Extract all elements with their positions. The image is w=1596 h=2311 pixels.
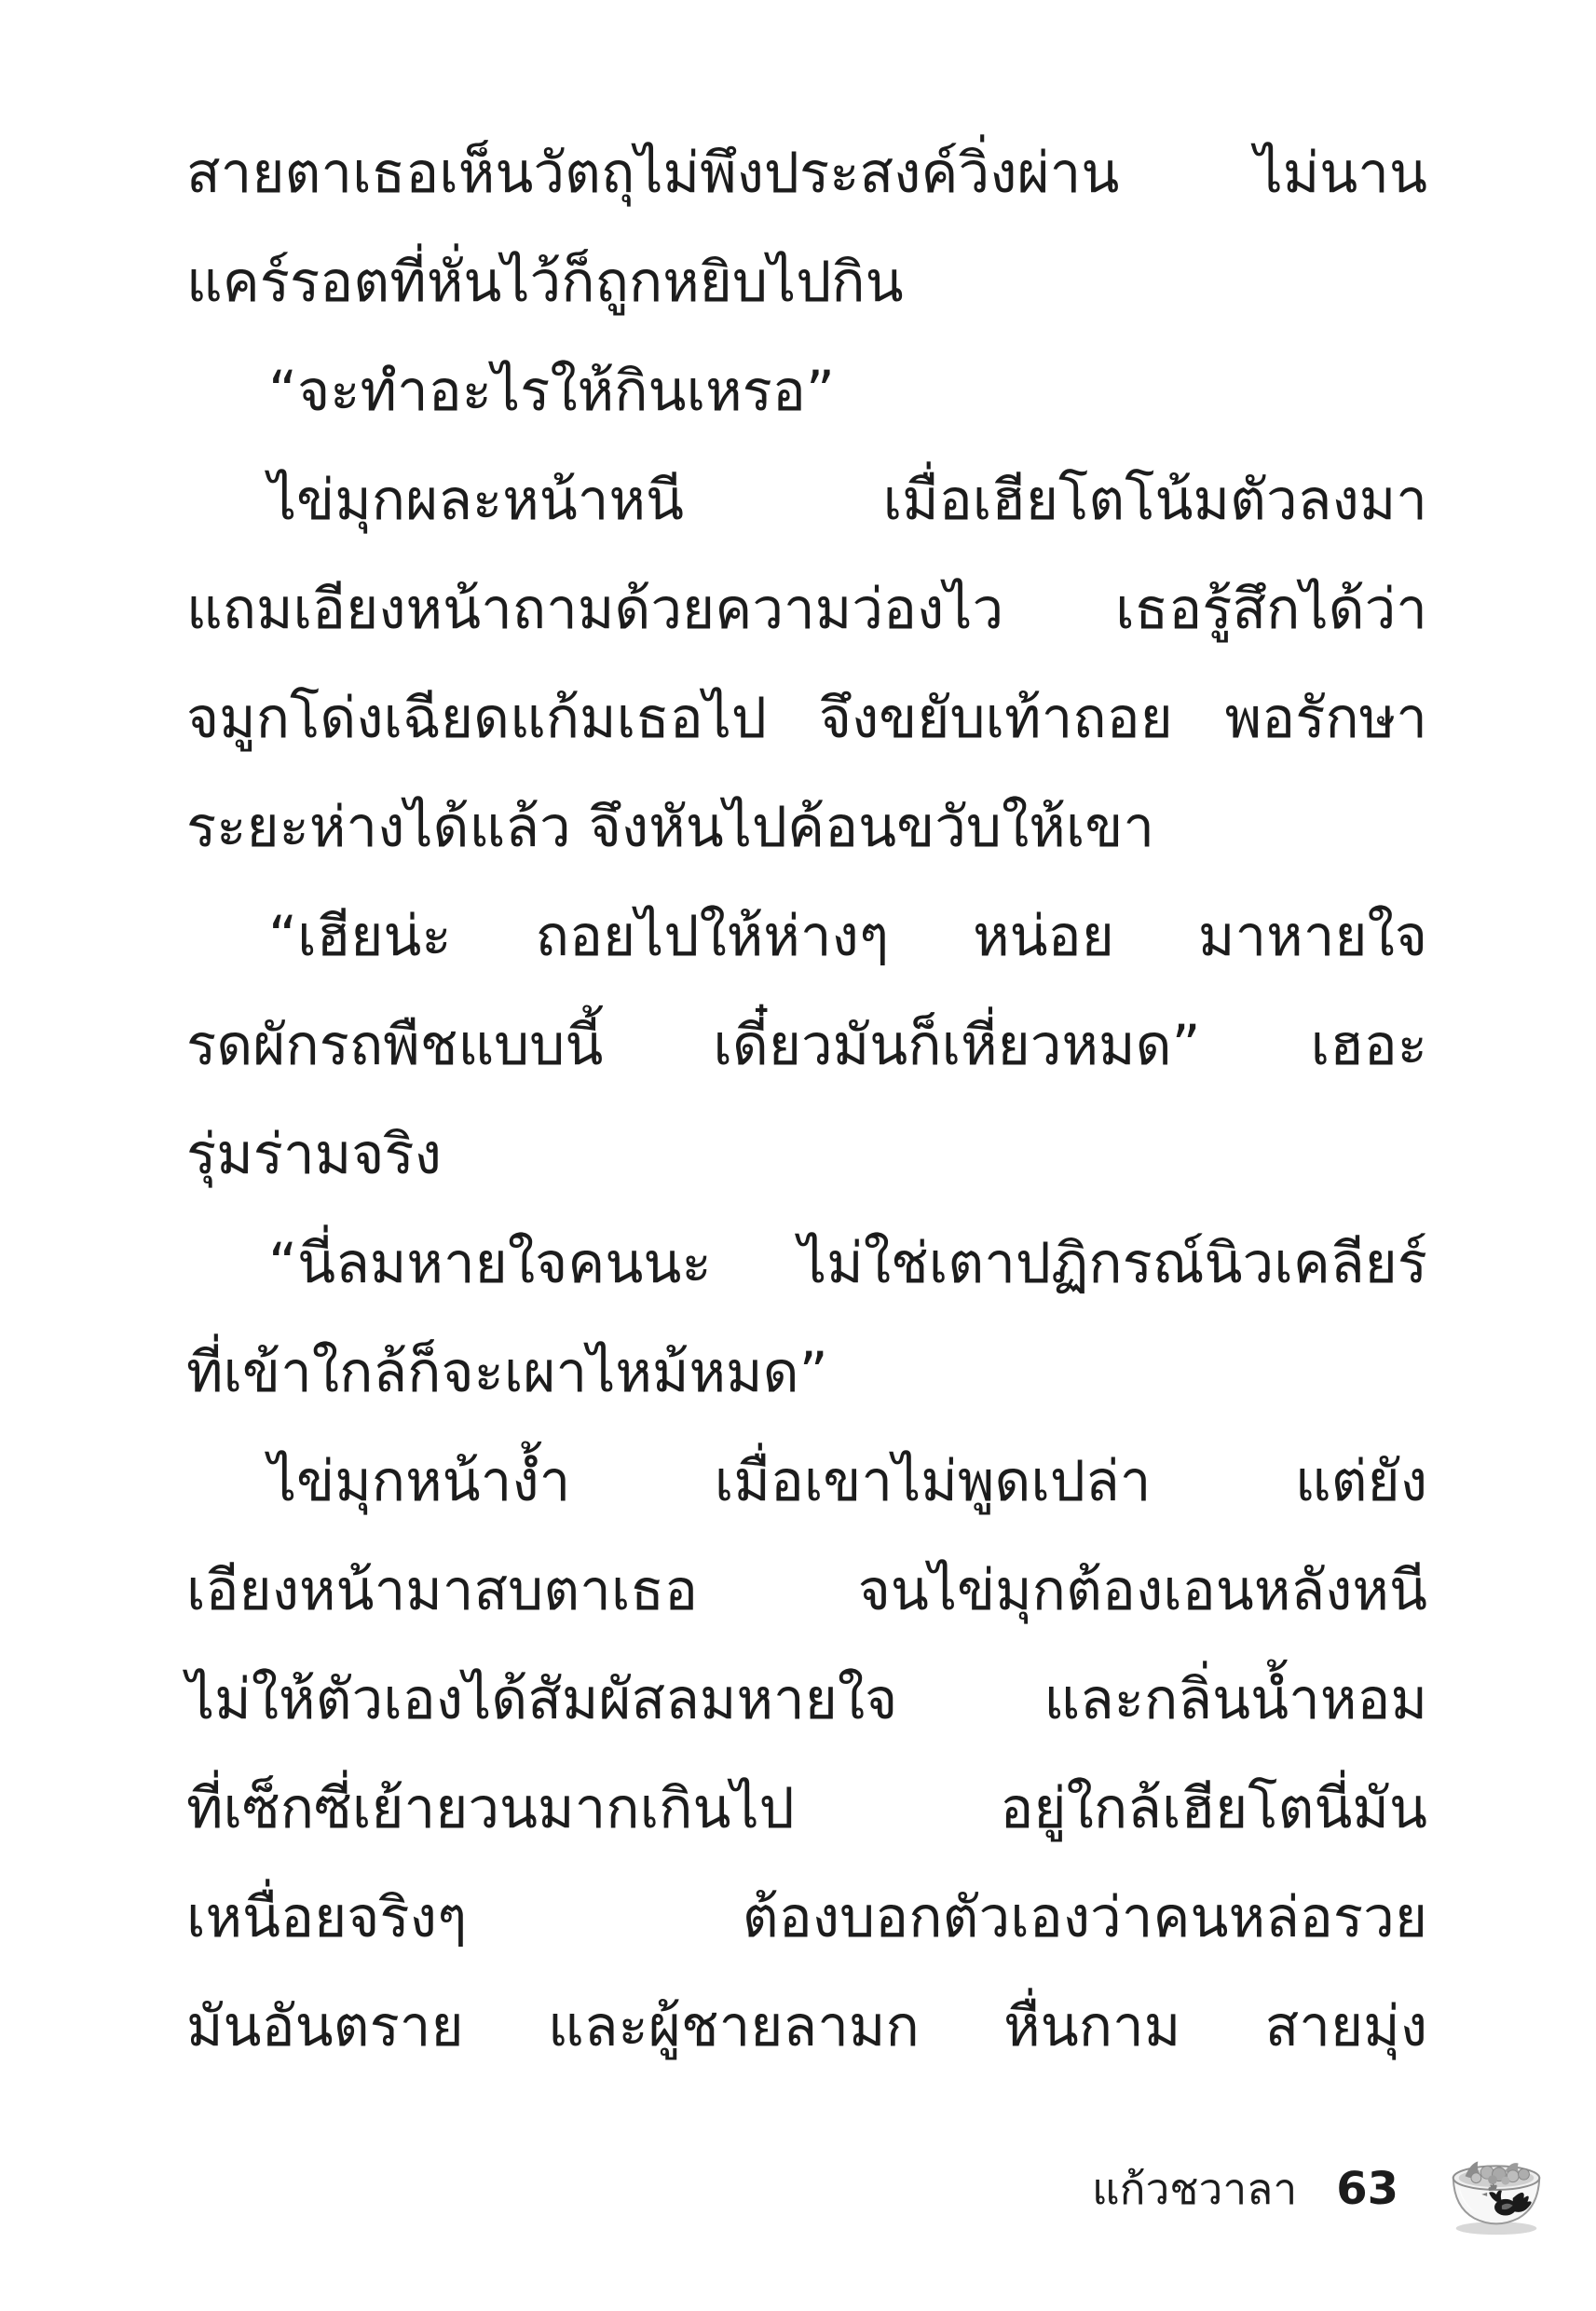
text-line: เอียงหน้ามาสบตาเธอ จนไข่มุกต้องเอนหลังหน… bbox=[186, 1537, 1427, 1646]
text-line: ระยะห่างได้แล้ว จึงหันไปค้อนขวับให้เขา bbox=[186, 773, 1427, 882]
text-line: สายตาเธอเห็นวัตถุไม่พึงประสงค์วิ่งผ่าน ไ… bbox=[186, 119, 1427, 228]
text-line: ไข่มุกหน้าง้ำ เมื่อเขาไม่พูดเปล่า แต่ยัง bbox=[186, 1428, 1427, 1537]
text-line: แถมเอียงหน้าถามด้วยความว่องไว เธอรู้สึกไ… bbox=[186, 555, 1427, 664]
text-line: ไม่ให้ตัวเองได้สัมผัสลมหายใจ และกลิ่นน้ำ… bbox=[186, 1646, 1427, 1755]
page-number: 63 bbox=[1336, 2163, 1398, 2215]
book-page: สายตาเธอเห็นวัตถุไม่พึงประสงค์วิ่งผ่าน ไ… bbox=[0, 0, 1596, 2311]
text-line: “จะทำอะไรให้กินเหรอ” bbox=[186, 337, 1427, 446]
text-line: เหนื่อยจริงๆ ต้องบอกตัวเองว่าคนหล่อรวย bbox=[186, 1864, 1427, 1973]
text-line: แคร์รอตที่หั่นไว้ก็ถูกหยิบไปกิน bbox=[186, 228, 1427, 337]
text-line: รุ่มร่ามจริง bbox=[186, 1101, 1427, 1210]
page-footer: แก้วชวาลา 63 bbox=[1092, 2134, 1551, 2244]
noodle-bowl-rooster-icon bbox=[1441, 2134, 1551, 2244]
text-line: “นี่ลมหายใจคนนะ ไม่ใช่เตาปฏิกรณ์นิวเคลีย… bbox=[186, 1210, 1427, 1319]
text-line: ที่เข้าใกล้ก็จะเผาไหม้หมด” bbox=[186, 1319, 1427, 1428]
text-line: รดผักรถพืชแบบนี้ เดี๋ยวมันก็เหี่ยวหมด” เ… bbox=[186, 991, 1427, 1101]
text-line: “เฮียน่ะ ถอยไปให้ห่างๆ หน่อย มาหายใจ bbox=[186, 882, 1427, 991]
body-text: สายตาเธอเห็นวัตถุไม่พึงประสงค์วิ่งผ่าน ไ… bbox=[186, 119, 1427, 2082]
text-line: จมูกโด่งเฉียดแก้มเธอไป จึงขยับเท้าถอย พอ… bbox=[186, 664, 1427, 773]
text-line: ที่เซ็กซี่เย้ายวนมากเกินไป อยู่ใกล้เฮียโ… bbox=[186, 1755, 1427, 1864]
text-line: ไข่มุกผละหน้าหนี เมื่อเฮียโตโน้มตัวลงมา bbox=[186, 446, 1427, 555]
book-title: แก้วชวาลา bbox=[1092, 2155, 1297, 2223]
text-line: มันอันตราย และผู้ชายลามก หื่นกาม สายมุ่ง bbox=[186, 1973, 1427, 2082]
